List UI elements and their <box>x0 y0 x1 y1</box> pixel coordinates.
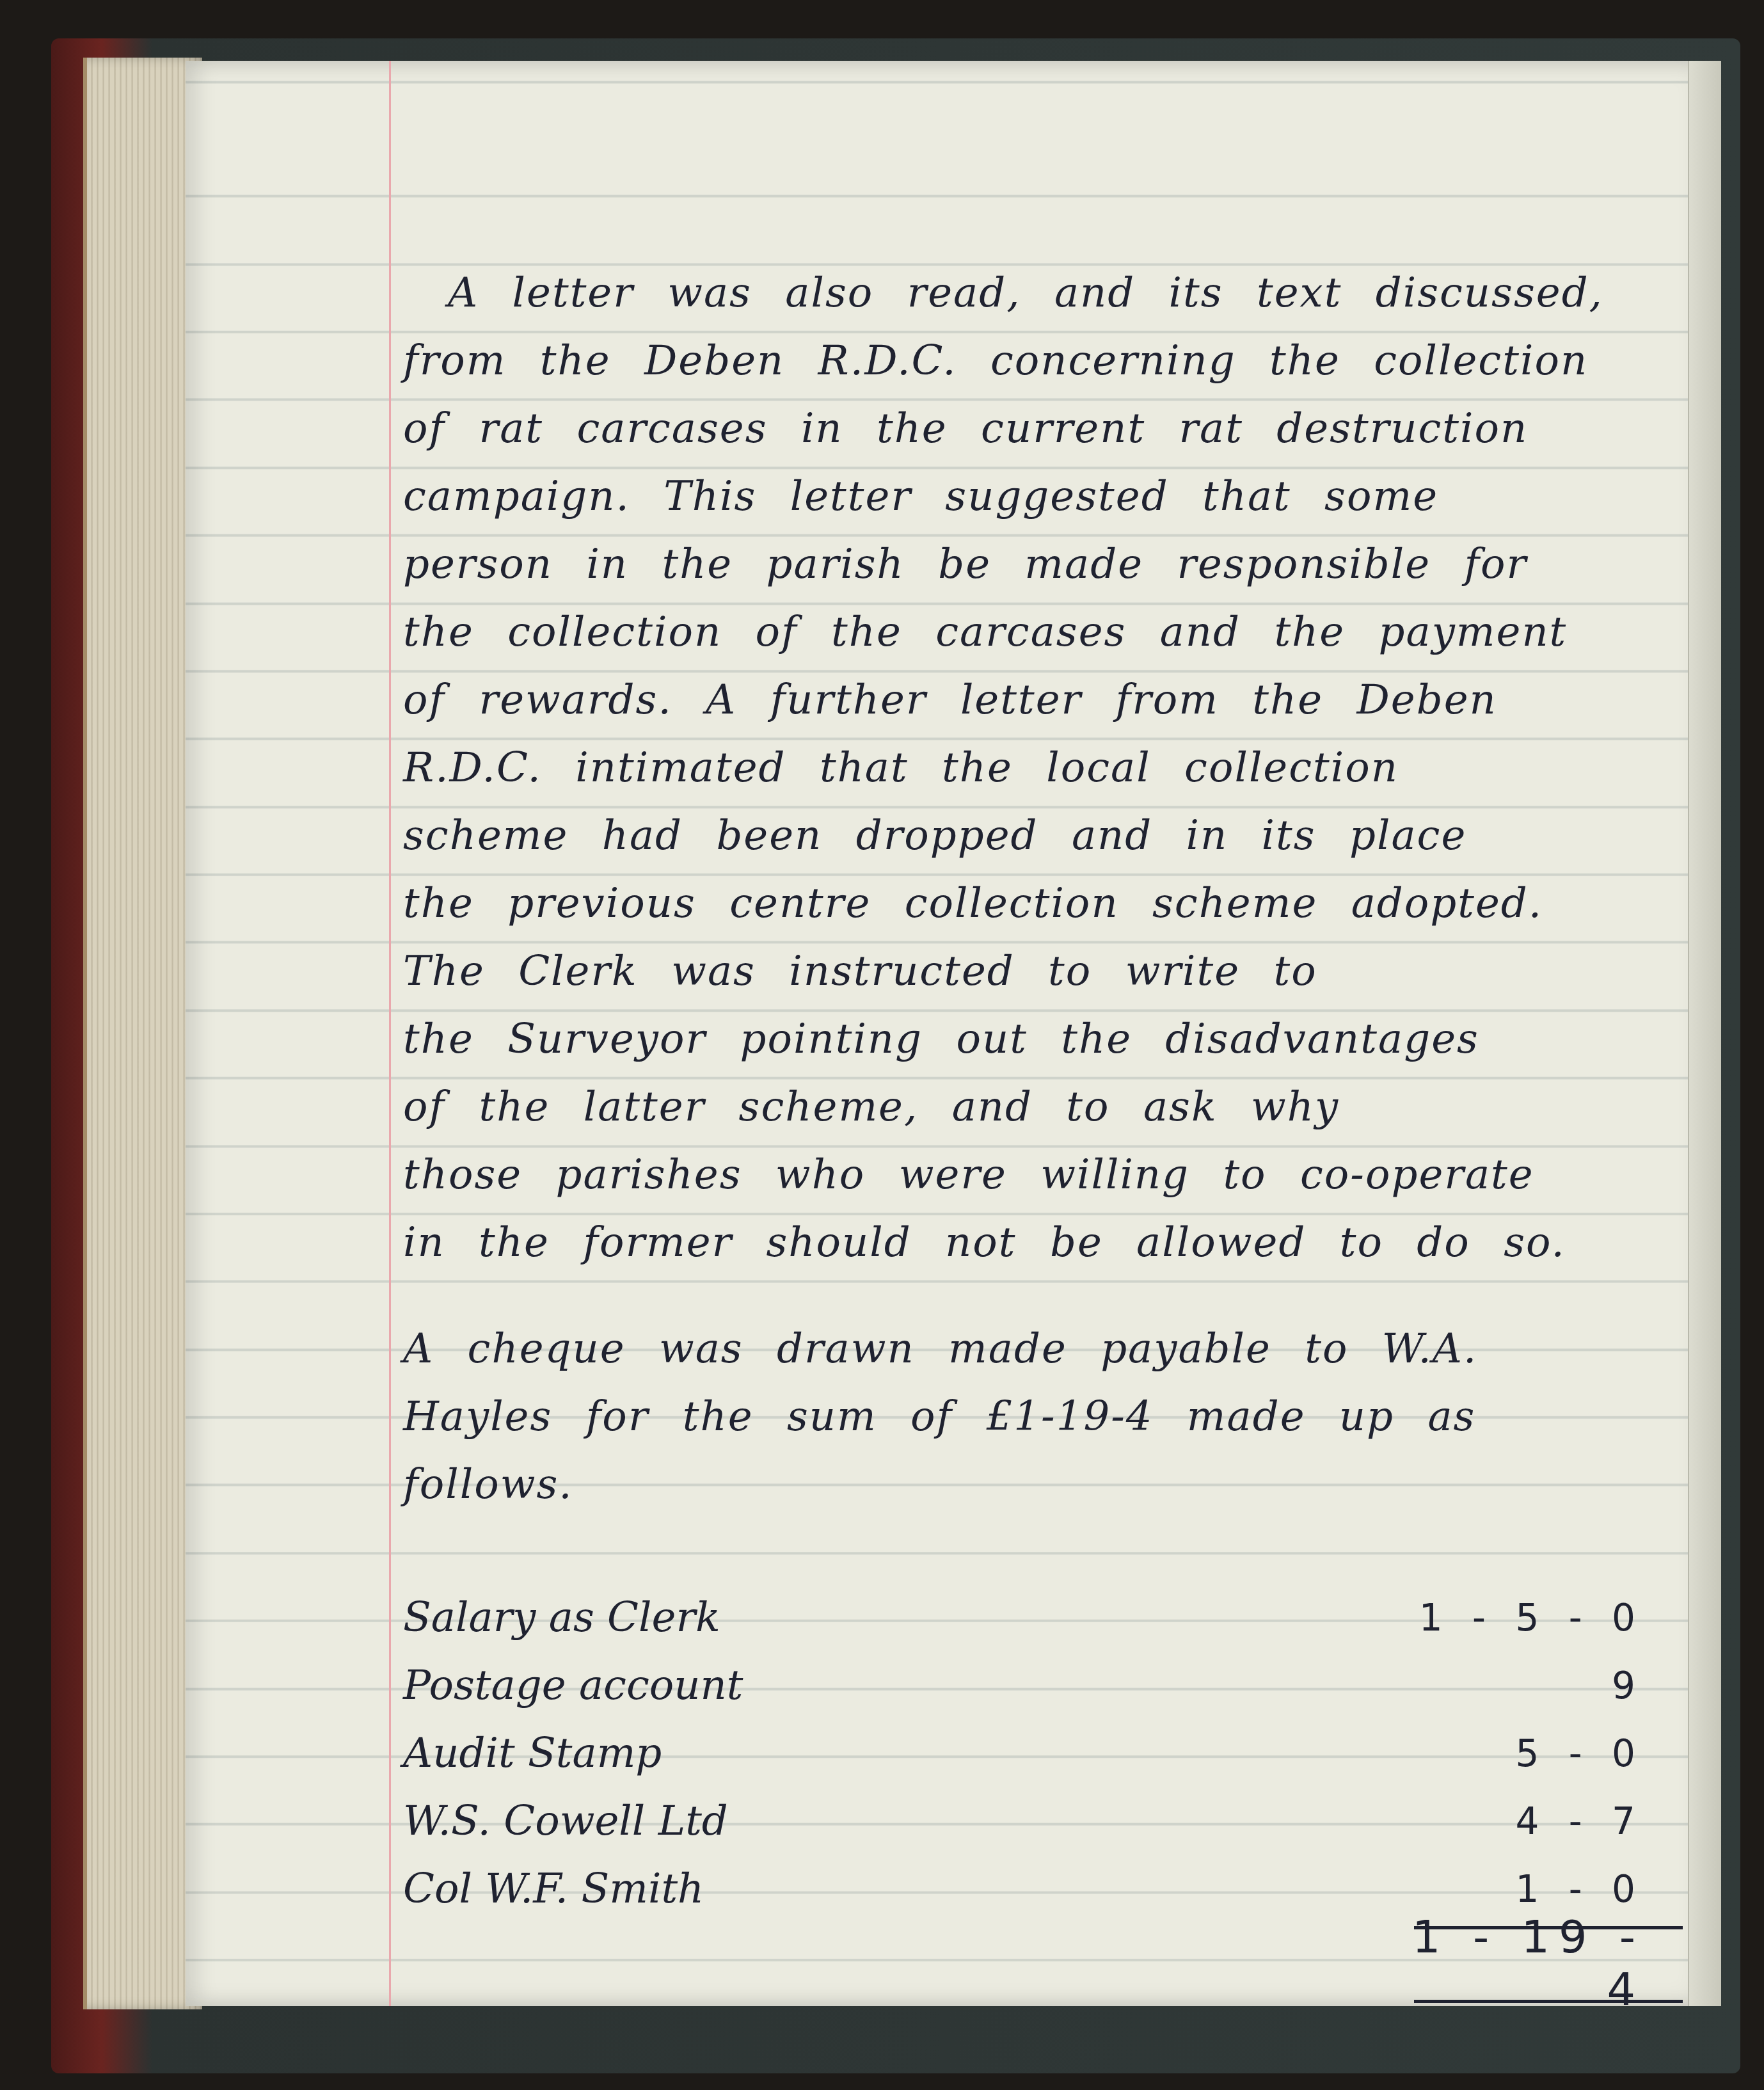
text-line: those parishes who were willing to co-op… <box>403 1141 1683 1209</box>
text-line: A cheque was drawn made payable to W.A. <box>403 1315 1683 1383</box>
payment-ledger: Salary as Clerk 1 - 5 - 0 Postage accoun… <box>403 1584 1683 1997</box>
text-line: the collection of the carcases and the p… <box>403 598 1683 666</box>
paragraph-rat-campaign: A letter was also read, and its text dis… <box>403 259 1683 1277</box>
text-line: A letter was also read, and its text dis… <box>403 259 1683 327</box>
ledger-row: Postage account 9 <box>403 1652 1683 1719</box>
text-line: scheme had been dropped and in its place <box>403 802 1683 870</box>
text-line: The Clerk was instructed to write to <box>403 937 1683 1005</box>
text-line: of rewards. A further letter from the De… <box>403 666 1683 734</box>
ledger-row: W.S. Cowell Ltd 4 - 7 <box>403 1787 1683 1855</box>
ledger-amount: 5 - 0 <box>1376 1732 1683 1775</box>
text-line: R.D.C. intimated that the local collecti… <box>403 734 1683 802</box>
text-line: follows. <box>403 1451 1683 1519</box>
text-line: Hayles for the sum of £1-19-4 made up as <box>403 1383 1683 1451</box>
text-line: the Surveyor pointing out the disadvanta… <box>403 1005 1683 1073</box>
ledger-amount: 1 - 0 <box>1376 1867 1683 1911</box>
text-line: of rat carcases in the current rat destr… <box>403 395 1683 463</box>
ledger-label: Postage account <box>403 1662 743 1709</box>
text-line: person in the parish be made responsible… <box>403 530 1683 598</box>
subtotal-rule <box>1414 1926 1683 1929</box>
page-edges <box>83 58 202 2009</box>
text-line: of the latter scheme, and to ask why <box>403 1073 1683 1141</box>
text-line: from the Deben R.D.C. concerning the col… <box>403 327 1683 395</box>
ledger-row: Salary as Clerk 1 - 5 - 0 <box>403 1584 1683 1652</box>
ledger-row: Audit Stamp 5 - 0 <box>403 1719 1683 1787</box>
red-margin-line <box>389 61 391 2006</box>
ledger-label: Audit Stamp <box>403 1730 662 1777</box>
ledger-label: Col W.F. Smith <box>403 1865 704 1913</box>
ledger-label: Salary as Clerk <box>403 1594 720 1641</box>
ledger-total-row: 1 - 19 - 4 <box>403 1929 1683 1997</box>
ledger-amount: 4 - 7 <box>1376 1799 1683 1843</box>
text-line: the previous centre collection scheme ad… <box>403 870 1683 937</box>
page-gutter <box>1688 61 1721 2006</box>
ledger-page: A letter was also read, and its text dis… <box>186 61 1721 2006</box>
paragraph-cheque: A cheque was drawn made payable to W.A. … <box>403 1315 1683 1519</box>
ledger-label: W.S. Cowell Ltd <box>403 1798 728 1845</box>
text-line: in the former should not be allowed to d… <box>403 1209 1683 1277</box>
total-rule <box>1414 2000 1683 2003</box>
text-line: campaign. This letter suggested that som… <box>403 463 1683 530</box>
ledger-amount: 9 <box>1376 1664 1683 1707</box>
ledger-amount: 1 - 5 - 0 <box>1376 1596 1683 1639</box>
